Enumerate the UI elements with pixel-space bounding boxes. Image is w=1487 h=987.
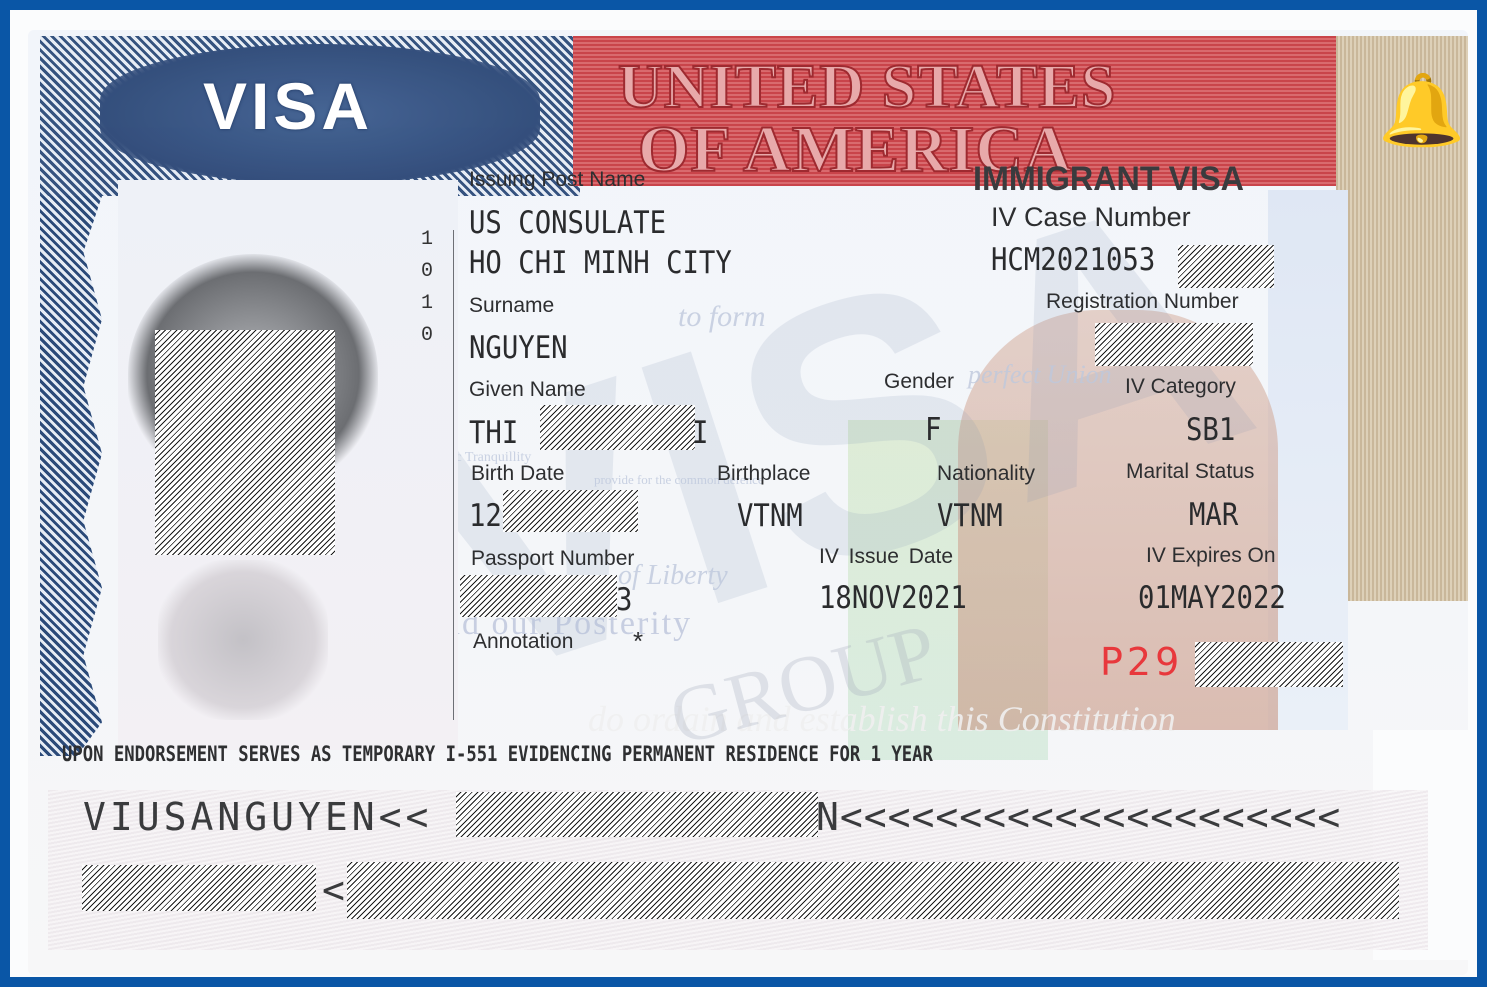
gender-label: Gender: [884, 370, 954, 394]
visa-type-title: IMMIGRANT VISA: [973, 160, 1244, 199]
given-name-tail: I: [692, 415, 708, 451]
mrz-line1-suffix: N<<<<<<<<<<<<<<<<<<<<<: [816, 795, 1341, 839]
control-digit: 1: [421, 292, 433, 315]
surname-label: Surname: [469, 294, 554, 318]
issuing-post-label: Issuing Post Name: [469, 168, 645, 192]
control-digit: 1: [421, 228, 433, 251]
redacted-mrz-line2-start: [82, 865, 316, 911]
issuing-post-value-line2: HO CHI MINH CITY: [469, 245, 732, 281]
iv-case-number-value: HCM2021053: [991, 242, 1155, 278]
foil-number: P29: [1100, 640, 1183, 684]
photo-divider: [453, 230, 454, 720]
redacted-face: [155, 330, 335, 555]
iv-case-number-label: IV Case Number: [991, 202, 1191, 233]
marital-status-value: MAR: [1189, 497, 1238, 533]
redacted-mrz-line2: [347, 862, 1399, 919]
redacted-birth-date: [503, 490, 638, 532]
iv-category-label: IV Category: [1125, 375, 1236, 399]
nationality-value: VTNM: [937, 498, 1003, 534]
annotation-label: Annotation: [473, 630, 573, 654]
watermark-text: to form: [678, 300, 766, 334]
redacted-iv-case-number: [1178, 245, 1274, 288]
given-name-label: Given Name: [469, 378, 586, 402]
mrz-line2-separator: <: [322, 868, 349, 912]
redacted-mrz-line1: [456, 792, 818, 837]
photo-portrait-lower: [158, 560, 328, 720]
passport-number-tail: 3: [616, 582, 632, 618]
watermark-text: perfect Union: [968, 360, 1112, 390]
passport-number-label: Passport Number: [471, 547, 634, 571]
redacted-foil-number: [1195, 642, 1343, 687]
gender-value: F: [925, 412, 941, 448]
endorsement-text: UPON ENDORSEMENT SERVES AS TEMPORARY I-5…: [62, 742, 933, 766]
issuing-post-value-line1: US CONSULATE: [469, 205, 666, 241]
marital-status-label: Marital Status: [1126, 460, 1254, 484]
nationality-label: Nationality: [937, 462, 1035, 486]
registration-number-label: Registration Number: [1046, 290, 1239, 314]
visa-card: VISA UNITED STATES OF AMERICA 🔔 VISA to …: [28, 30, 1468, 975]
iv-issue-date-label: IV Issue Date: [819, 545, 953, 569]
birth-date-value: 12: [469, 498, 502, 534]
given-name-value: THI: [469, 415, 518, 451]
iv-issue-date-value: 18NOV2021: [819, 580, 967, 616]
birthplace-label: Birthplace: [717, 462, 810, 486]
iv-expires-on-value: 01MAY2022: [1138, 580, 1286, 616]
iv-expires-on-label: IV Expires On: [1146, 544, 1276, 568]
control-digit: 0: [421, 324, 433, 347]
surname-value: NGUYEN: [469, 330, 568, 366]
iv-category-value: SB1: [1186, 412, 1235, 448]
watermark-text: of Liberty: [618, 560, 728, 592]
redacted-given-name: [540, 405, 695, 450]
control-digit: 0: [421, 260, 433, 283]
liberty-bell-icon: 🔔: [1378, 70, 1465, 152]
birthplace-value: VTNM: [737, 498, 803, 534]
annotation-value: *: [633, 626, 643, 657]
redacted-registration-number: [1095, 323, 1253, 366]
birth-date-label: Birth Date: [471, 462, 564, 486]
redacted-passport-number: [460, 575, 617, 617]
mrz-line1-prefix: VIUSANGUYEN<<: [83, 795, 432, 839]
visa-title: VISA: [203, 68, 373, 144]
left-guilloche-border: [40, 196, 102, 756]
